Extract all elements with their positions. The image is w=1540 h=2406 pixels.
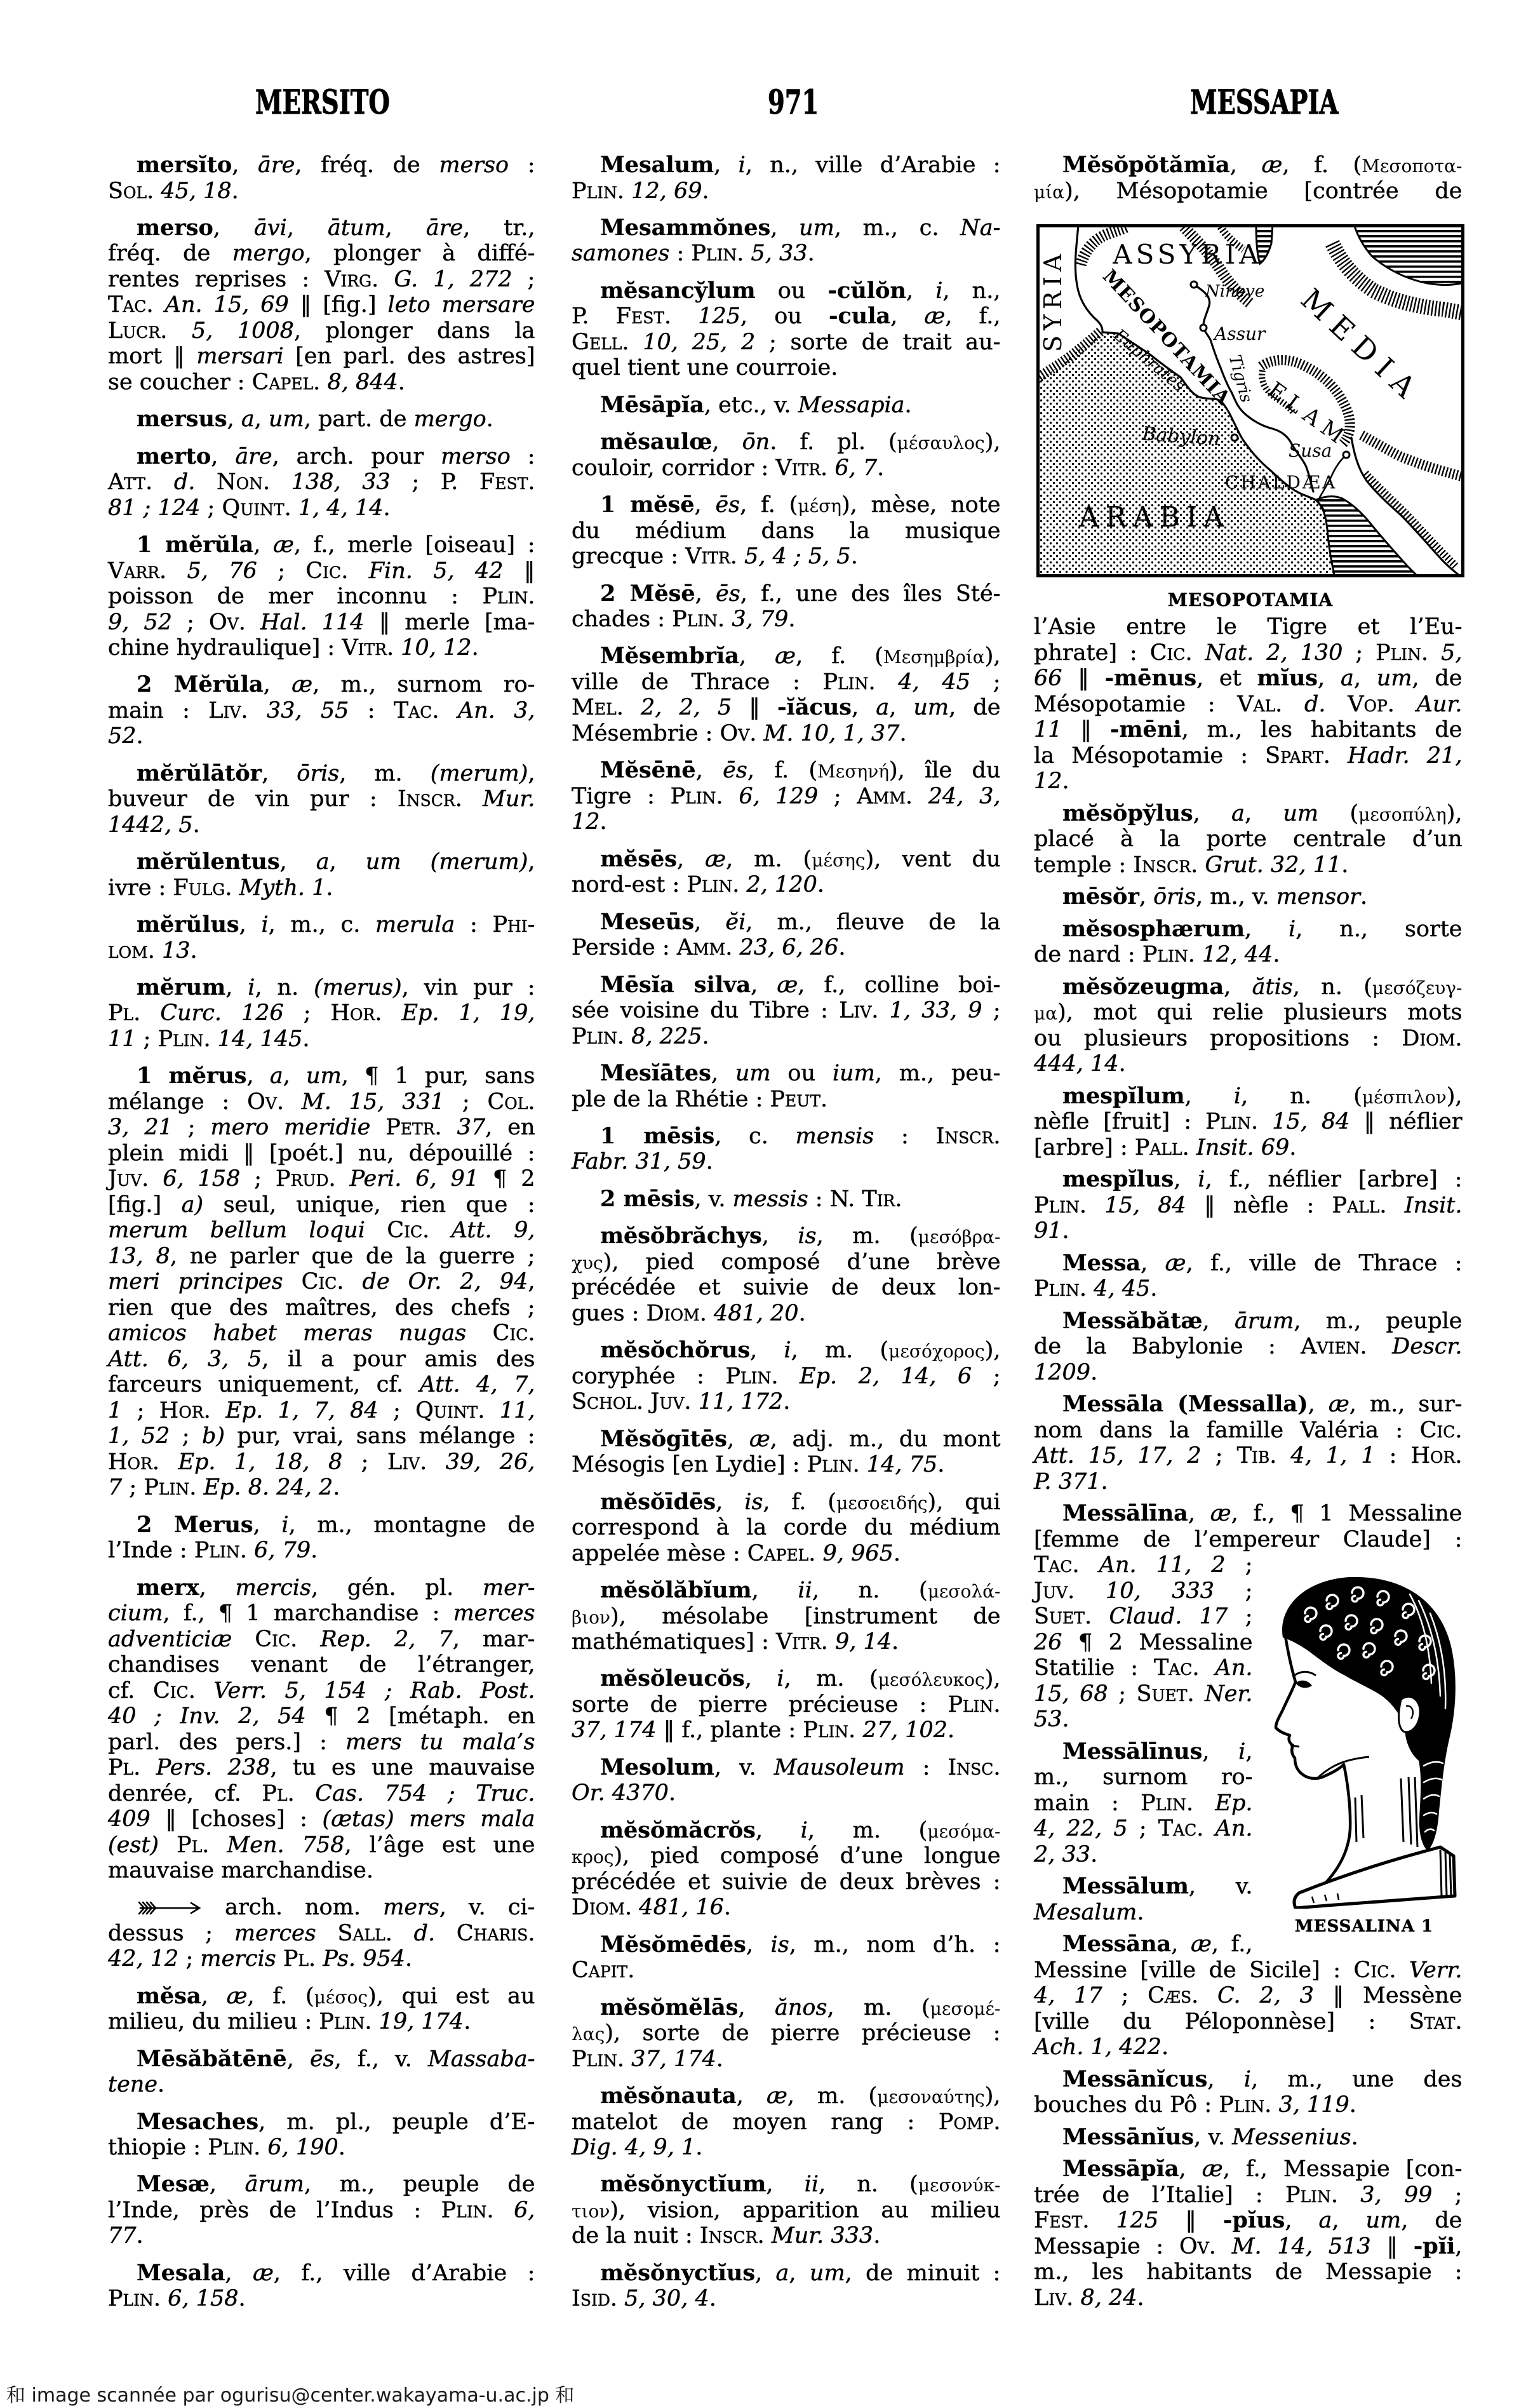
body-text: ; [972,1364,1000,1389]
text-line: κρος), pied composé d’une longue [572,1843,1001,1869]
running-head-left: MERSITO [255,84,390,122]
italic-text: æ [1191,1932,1212,1957]
body-text: ), mèse, note [841,492,1001,518]
body-text: [fig.] [108,1192,182,1218]
body-text: . [873,2223,880,2248]
text-line: Plin. 8, 225. [572,1024,1001,1050]
italic-text: Att. 9, [452,1218,535,1243]
italic-text: um [810,2261,845,2286]
headword: mĕsŏnyctĭus [600,2260,755,2286]
italic-text: 3, 21 [108,1115,173,1140]
text-line: 13, 8, ne parler que de la guerre ; [108,1244,535,1270]
author-citation: Diom. [1402,1026,1462,1051]
dictionary-entry: mĕsŏbrăchys, is, m. (μεσόβρα-χυς), pied … [572,1223,1001,1326]
body-text: , [330,849,366,875]
line-content: merso, āvi, ātum, āre, tr., [137,215,535,241]
body-text: , mar- [453,1627,535,1652]
dictionary-entry: Mesaches, m. pl., peuple d’E-thiopie : P… [108,2109,535,2161]
line-content: Att. d. Non. 138, 33 ; P. Fest. [108,469,535,495]
italic-text: Ep. [1215,1791,1252,1816]
italic-text: 2, 2, 5 [641,695,732,720]
line-content: mĕrŭlentus, a, um (merum), [137,849,535,875]
body-text: . f. pl. ( [770,429,897,455]
body-text: . [706,1149,713,1174]
body-text: , [906,278,935,304]
greek-text: μεσοπύλη [1358,804,1447,825]
author-citation: Plin. [144,1475,196,1500]
italic-text: 138, 33 [291,469,391,495]
line-content: Mesolum, v. Mausoleum : Insc. [600,1755,1001,1780]
italic-text: æ [1202,2156,1223,2182]
line-content: amicos habet meras nugas Cic. [108,1321,535,1346]
text-line: mĕsŏnauta, æ, m. (μεσοναύτης), [572,2083,1001,2109]
italic-text: Hadr. 21, [1348,743,1463,769]
author-citation: Plin. [158,1026,211,1052]
italic-text: Myth. 1 [239,875,326,901]
body-text: sorte de pierre précieuse : [572,1692,947,1717]
line-content: mĕsēs, æ, m. (μέσης), vent du [600,847,1000,872]
author-citation: Cic. [493,1321,535,1346]
body-text: , [232,152,258,178]
headword: Mesĭātes [600,1060,711,1086]
italic-text: 27, 102 [862,1717,947,1743]
text-line: Messăbătæ, ārum, m., peuple [1034,1308,1463,1334]
line-content: 15, 68 ; Suet. Ner. [1034,1681,1253,1707]
italic-text: An. [1215,1655,1253,1681]
greek-text: κρος [572,1846,614,1867]
body-text [462,786,483,812]
text-line: ville de Thrace : Plin. 4, 45 ; [572,669,1001,696]
body-text: ‖ [1062,666,1105,691]
body-text: , m., v. [1196,884,1276,910]
italic-text: Mur. 333 [772,2223,873,2248]
body-text: , [1230,152,1262,178]
line-content: Varr. 5, 76 ; Cic. Fin. 5, 42 ‖ [108,558,535,584]
italic-text: 5, 76 [187,558,257,584]
text-line: 2 Merus, i, m., montagne de [108,1512,535,1538]
body-text [624,695,641,720]
italic-text: 26 [1034,1630,1062,1655]
text-line: Messa, æ, f., ville de Thrace : [1034,1251,1463,1277]
author-citation: Petr. [385,1115,441,1140]
body-text: , l’âge est une [344,1832,535,1858]
body-text: , [1285,2208,1318,2233]
author-citation: Hor. [108,1449,159,1475]
italic-text: 8, 24 [1080,2285,1137,2311]
body-text: , gén. pl. [311,1575,483,1601]
body-text: parl. des pers.] : [108,1730,345,1755]
headword: Mĕsembrĭa [600,643,739,669]
italic-text: Aur. [1417,692,1463,717]
line-content: poisson de mer inconnu : Plin. [108,584,535,609]
italic-text: um [913,695,949,720]
dictionary-entry: mĕsŏmĕlās, ănos, m. (μεσομέ-λας), sorte … [572,1995,1001,2073]
author-citation: Stat. [1409,2009,1463,2034]
body-text: ), qui [928,1489,1001,1515]
body-text: , f., ville d’Arabie : [274,2261,535,2286]
body-text: . [1137,2285,1144,2311]
running-head-right: MESSAPIA [1190,84,1338,122]
body-text [1080,1552,1099,1578]
line-content: mĕsŏīdēs, is, f. (μεσοειδής), qui [600,1489,1001,1515]
body-text: sée voisine du Tibre : [572,998,839,1023]
italic-text: um [366,849,401,875]
line-content: mĕrŭlātŏr, ōris, m. (merum), [137,761,535,786]
text-line: cium, f., ¶ 1 marchandise : merces [108,1601,535,1627]
headword: Messa [1062,1250,1141,1276]
italic-text: An. 11, 2 [1099,1552,1226,1578]
line-content: 1442, 5. [108,812,200,838]
italic-text: 91 [1034,1218,1062,1244]
dictionary-entry: Messālīna, æ, f., ¶ 1 Messaline[femme de… [1034,1501,1463,1733]
body-text [161,2286,168,2311]
author-citation: Plin. [823,669,876,695]
body-text [485,1398,499,1423]
text-line: Mĕsŏpŏtămĭa, æ, f. (Μεσοποτα- [1034,152,1463,178]
body-text [629,330,643,355]
body-text: , m., c. [834,215,960,241]
author-citation: Peut. [770,1087,828,1112]
body-text: mort ‖ [108,344,196,369]
body-text: , [737,2083,767,2109]
text-line: Mesala, æ, f., ville d’Arabie : [108,2261,535,2287]
body-text [378,267,394,292]
body-text [140,1755,156,1780]
italic-text: 10, 25, 2 [643,330,755,355]
body-text [1087,1193,1104,1218]
line-content: matelot de moyen rang : Pomp. [572,2109,1001,2135]
italic-text: tene [108,2072,157,2097]
body-text: , vin pur : [402,975,535,1000]
body-text: , [714,152,738,178]
text-line: l’Inde, près de l’Indus : Plin. 6, [108,2198,535,2224]
author-citation: Capel. [252,370,321,395]
greek-text: μεσολά- [928,1581,1001,1602]
headword: Mēsĭa silva [600,972,751,998]
text-line: 3, 21 ; mero meridie Petr. 37, en [108,1115,535,1141]
body-text [1203,1816,1215,1841]
italic-text: 81 ; 124 [108,495,200,521]
author-citation: Varr. [108,558,166,584]
author-citation: Col. [488,1089,535,1115]
italic-text: æ [1210,1501,1231,1526]
body-text: ; [173,1115,211,1140]
italic-text: āre [258,152,295,178]
text-line: 1, 52 ; b) pur, vrai, sans mélange : [108,1423,535,1449]
body-text: , [766,2172,804,2197]
italic-text: 1209 [1034,1360,1090,1385]
author-citation: Fulg. [173,875,232,901]
author-citation: Cic. [302,1269,344,1294]
author-citation: Inscr. [1133,852,1198,878]
body-text: , [751,972,777,998]
line-content: Messālum, v. [1062,1874,1253,1899]
line-content: parl. des pers.] : mers tu mala’s [108,1730,535,1755]
body-text: ( [1318,801,1358,826]
italic-text: āre [235,444,272,469]
body-text: correspond à la corde du médium [572,1515,1001,1540]
line-content: mēsŏr, ōris, m., v. mensor. [1062,884,1367,910]
author-citation: Plin. [208,2135,260,2160]
line-content: mathématiques] : Vitr. 9, 14. [572,1629,899,1655]
body-text [196,1475,203,1500]
line-content: Mesĭātes, um ou ium, m., peu- [600,1061,1000,1086]
italic-text: Ep. 1, 19, [401,1000,535,1026]
line-content: 2 Mĕrŭla, æ, m., surnom ro- [137,672,535,697]
dictionary-entry: mĕrum, i, n. (merus), vin pur :Pl. Curc.… [108,975,535,1052]
column-right: Mĕsŏpŏtămĭa, æ, f. (Μεσοποτα-μία), Mésop… [1034,152,1463,2311]
dictionary-entry: Messānĭus, v. Messenius. [1034,2125,1463,2151]
text-line: mĕsŏpy̆lus, a, um (μεσοπύλη), [1034,801,1463,827]
italic-text: mergo [232,241,305,266]
author-citation: Gell. [572,330,629,355]
body-text: . [947,1717,954,1743]
italic-text: Curc. 126 [160,1000,284,1026]
body-text: , f., [945,304,1000,329]
body-text: nèfle [fruit] : [1034,1109,1205,1134]
text-line: samones : Plin. 5, 33. [572,241,1001,267]
headword: mĕsŏchŏrus [600,1337,750,1363]
body-text [707,1301,714,1326]
text-line: Pl. Curc. 126 ; Hor. Ep. 1, 19, [108,1000,535,1026]
line-content: Gell. 10, 25, 2 ; sorte de trait au- [572,330,1000,355]
line-content: précédée et suivie de deux lon- [572,1275,1001,1300]
author-citation: Amm. [857,784,913,809]
text-line: précédée et suivie de deux brèves : [572,1869,1001,1895]
body-text: , plonger à diffé- [305,241,535,266]
italic-text: Att. 15, 17, 2 [1034,1443,1202,1468]
italic-text: 3, 79 [732,607,788,632]
italic-text: meri principes [108,1269,283,1294]
body-text [723,784,739,809]
line-content: 1209. [1034,1360,1097,1385]
author-citation: Plin. [108,2286,161,2311]
line-content: 12. [572,809,607,835]
dictionary-entry: mĕsosphærum, i, n., sortede nard : Plin.… [1034,917,1463,968]
line-content: Mesæ, ārum, m., peuple de [137,2172,535,2197]
text-line: Tac. An. 15, 69 ‖ [fig.] leto mersare [108,292,535,318]
author-citation: Sall. [337,1921,392,1946]
body-text: , et [1196,666,1257,691]
body-text: , [287,215,328,241]
author-citation: Tac. [1154,1655,1200,1681]
text-line: 91. [1034,1218,1463,1244]
body-text: Perside : [572,935,677,960]
body-text: , [287,2046,310,2072]
text-line: Mesolum, v. Mausoleum : Insc. [572,1755,1001,1781]
body-text: de la Babylonie : [1034,1334,1301,1359]
text-line: mélange : Ov. M. 15, 331 ; Col. [108,1089,535,1115]
text-line: Perside : Amm. 23, 6, 26. [572,935,1001,961]
text-line: fréq. de mergo, plonger à diffé- [108,241,535,267]
italic-text: Mur. [483,786,535,812]
italic-text: æ [227,1984,248,2009]
italic-text: æ [705,847,726,872]
body-text: denrée, cf. [108,1781,262,1806]
italic-text: merum bellum loqui [108,1218,365,1243]
text-line: adventiciæ Cic. Rep. 2, 7, mar- [108,1627,535,1653]
body-text: . [851,544,858,569]
body-text: , n., ville d’Arabie : [746,152,1001,178]
body-text: , [852,695,876,720]
italic-text: Att. 4, 7, [420,1372,535,1397]
body-text [394,635,401,661]
author-citation: Juv. [1034,1578,1075,1604]
text-line: (est) Pl. Men. 758, l’âge est une [108,1832,535,1858]
line-content: merum bellum loqui Cic. Att. 9, [108,1218,535,1243]
italic-text: ēs [715,492,740,518]
headword: Mĕsŏpŏtămĭa [1062,152,1230,178]
body-text [765,2223,772,2248]
line-content: 409 ‖ [choses] : (ætas) mers mala [108,1806,535,1832]
text-line: 4, 22, 5 ; Tac. An. [1034,1816,1253,1842]
line-content: Messapie : Ov. M. 14, 513 ‖ -pĭi, [1034,2234,1463,2259]
italic-text: 39, 26, [446,1449,535,1475]
line-content: P. 371. [1034,1469,1108,1495]
line-content: Mĕsēnē, ēs, f. (Μεσηνή), île du [600,758,1001,783]
line-content: placé à la porte centrale d’un [1034,826,1463,852]
text-line: Mesalum, i, n., ville d’Arabie : [572,152,1001,178]
line-content: λας), sorte de pierre précieuse : [572,2020,1001,2046]
line-content: Dig. 4, 9, 1. [572,2135,702,2160]
italic-text: 1, 52 [108,1423,170,1449]
body-text: main : [108,698,208,723]
italic-text: 12 [572,809,600,835]
body-text: , [727,1427,749,1452]
body-text: phrate] : [1034,640,1150,666]
text-line: χυς), pied composé d’une brève [572,1249,1001,1275]
text-line: 26 ¶ 2 Messaline [1034,1630,1253,1656]
italic-text: 4, 17 [1034,1983,1102,2008]
headword: mersĭto [137,152,232,178]
body-text: , m., surnom ro- [312,672,535,697]
text-line: Capit. [572,1958,1001,1984]
body-text: , [528,849,535,875]
body-text: , [752,1578,798,1603]
italic-text: i [935,278,942,304]
author-citation: Plin. [803,1717,855,1743]
body-text: , plonger dans la [294,318,535,344]
dictionary-entry: mespĭlum, i, n. (μέσπιλον),nèfle [fruit]… [1034,1084,1463,1161]
dictionary-entry: mĕsancy̆lum ou -cŭlŏn, i, n.,P. Fest. 12… [572,278,1001,381]
dictionary-entry: 2 Mĕrŭla, æ, m., surnom ro-main : Liv. 3… [108,672,535,749]
body-text: , [528,761,535,786]
author-citation: Sol. [108,178,154,204]
body-text: chine hydraulique] : [108,635,342,661]
body-text: précédée et suivie de deux lon- [572,1275,1001,1300]
text-line: mĕsancy̆lum ou -cŭlŏn, i, n., [572,278,1001,304]
map-label-arabia: ARABIA [1078,501,1230,534]
author-citation: Vitr. [342,635,394,661]
text-line: 1 mĕrŭla, æ, f., merle [oiseau] : [108,532,535,558]
headword: mĕsosphærum [1062,916,1245,942]
body-text: ; [240,1166,276,1192]
body-text [1193,1791,1215,1816]
body-text [1195,1681,1205,1707]
body-text: , de [1401,2208,1462,2233]
dictionary-entry: mēsŏr, ōris, m., v. mensor. [1034,884,1463,910]
author-citation: Virg. [325,267,378,292]
body-text: , [264,672,292,697]
headword: Mesæ [137,2171,210,2197]
body-text: , m. ( [787,2083,877,2109]
headword: Messālīna [1062,1500,1188,1526]
line-content: de nard : Plin. 12, 44. [1034,942,1280,967]
text-line: Messāpĭa, æ, f., Messapie [con- [1034,2156,1463,2182]
italic-text: 11 [108,1026,137,1052]
author-citation: Plin. [572,178,624,204]
body-text: seul, unique, rien que : [203,1192,535,1218]
italic-text: Na- [960,215,1000,241]
author-citation: Vitr. [685,544,737,569]
italic-text: (merum) [431,849,528,875]
dictionary-entry: 2 mēsis, v. messis : N. Tir. [572,1186,1001,1213]
body-text: , m. ( [784,1666,878,1691]
italic-text: i [739,152,746,178]
text-line: 42, 12 ; mercis Pl. Ps. 954. [108,1946,535,1972]
body-text: bouches du Pô : [1034,2092,1219,2118]
text-line: mĕrŭlus, i, m., c. merula : Phi- [108,912,535,938]
body-text: , [738,1995,775,2020]
body-text: , [739,643,775,669]
greek-text: μέσαυλος [897,433,985,454]
text-line: Fest. 125 ‖ -pĭus, a, um, de [1034,2208,1463,2234]
italic-text: mercis [236,1575,311,1601]
body-text: , [1174,1167,1198,1192]
body-text [617,2286,624,2311]
italic-text: mensis [796,1124,874,1149]
body-text: , de minuit : [845,2261,1001,2286]
italic-text: adventiciæ [108,1627,232,1652]
dictionary-entry: Mesĭātes, um ou ium, m., peu-ple de la R… [572,1061,1001,1112]
text-line: couloir, corridor : Vitr. 6, 7. [572,455,1001,481]
italic-text: Ep. 1, 7, 84 [225,1398,378,1423]
body-text [1276,1443,1290,1468]
greek-text: μεσοειδής [836,1493,927,1514]
text-line: μα), mot qui relie plusieurs mots [1034,1000,1463,1026]
body-text: , [746,1932,771,1958]
body-text: , [253,532,273,558]
italic-text: Or. 4370 [572,1780,669,1806]
italic-text: 6, 158 [168,2286,238,2311]
text-line: mauvaise marchandise. [108,1858,535,1884]
body-text: , [890,304,924,329]
text-line: 2 Mĕrŭla, æ, m., surnom ro- [108,672,535,698]
map-caption: MESOPOTAMIA [1036,577,1464,614]
body-text: chandises venant de l’étranger, [108,1652,535,1677]
body-text: . [817,872,824,897]
body-text: , m. ( [827,1995,930,2020]
author-citation: Phi- [492,912,535,938]
greek-text: μεσόμα- [927,1821,1000,1842]
body-text: . [877,455,884,481]
text-line: Messānĭcus, i, m., une des [1034,2067,1463,2093]
text-line: mĕsŏleucŏs, i, m. (μεσόλευκος), [572,1666,1001,1692]
italic-text: 1 [108,1398,122,1423]
italic-text: 4, 45 [898,669,970,695]
dictionary-entry: Mĕsŏmēdēs, is, m., nom d’h. :Capit. [572,1932,1001,1984]
italic-text: An. 15, 69 [165,292,289,318]
line-content: rentes reprises : Virg. G. 1, 272 ; [108,267,535,292]
body-text: Mésopotamie : [1034,692,1237,717]
italic-text: Cas. 754 ; Truc. [315,1781,535,1806]
body-text [344,1269,363,1294]
body-text: . [326,875,333,901]
body-text: quel tient une courroie. [572,355,838,380]
text-line: mersus, a, um, part. de mergo. [108,407,535,433]
italic-text: (merus) [314,975,401,1000]
author-citation: Liv. [387,1449,427,1475]
